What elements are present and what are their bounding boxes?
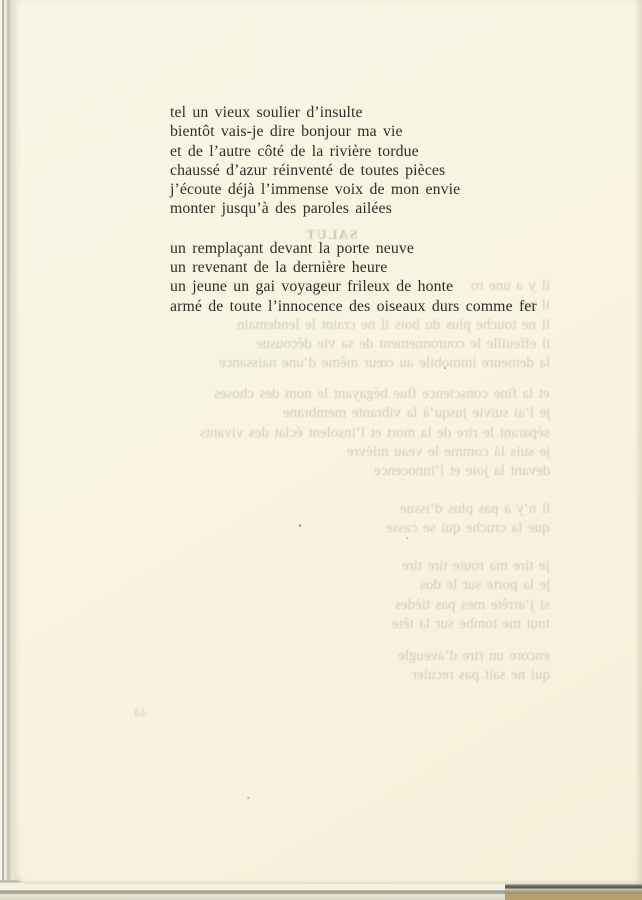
showthrough-stanza: et la fine conscience flue bégayant le n… [34, 385, 550, 481]
poem-line: armé de toute l’innocence des oiseaux du… [170, 297, 537, 316]
showthrough-line: je tire ma route tire tire [34, 557, 550, 576]
book-page: SALUT il y a une ro il ne il ne touche p… [14, 0, 642, 884]
poem-text-block: tel un vieux soulier d’insulte bientôt v… [170, 103, 537, 316]
showthrough-line: si j’arrête mes pas tièdes [34, 596, 550, 615]
page-right-edge-shade [635, 0, 642, 884]
poem-line: un jeune un gai voyageur frileux de hont… [170, 277, 537, 296]
showthrough-line: et la fine conscience flue bégayant le n… [34, 385, 550, 404]
showthrough-line: la demeure immobile au cœur même d’une n… [34, 354, 550, 373]
poem-line: un revenant de la dernière heure [170, 258, 537, 277]
showthrough-line: qui ne sait pas reculer [34, 666, 550, 685]
showthrough-stanza: il n’y a pas plus d’issue que la cruche … [34, 500, 550, 539]
showthrough-line: séparant le rire de la mort et l’insolen… [34, 424, 550, 443]
poem-line: bientôt vais-je dire bonjour ma vie [170, 122, 537, 141]
showthrough-line: devant la joie et l’innocence [34, 462, 550, 481]
showthrough-line: que la cruche qui se casse [34, 519, 550, 538]
poem-line: monter jusqu’à des paroles ailées [170, 199, 537, 218]
showthrough-line: tout me tombe sur la tête [34, 615, 550, 634]
showthrough-line: il n’y a pas plus d’issue [34, 500, 550, 519]
page-stack-bottom-right-shadow [505, 883, 642, 900]
showthrough-line: encore un rire d’aveugle [34, 647, 550, 666]
dust-speck [247, 797, 250, 799]
book-page-photo: SALUT il y a une ro il ne il ne touche p… [0, 0, 642, 900]
poem-line: tel un vieux soulier d’insulte [170, 103, 537, 122]
showthrough-line: je l’ai suivie jusqu’à la vibrante membr… [34, 404, 550, 423]
dust-speck [299, 524, 301, 527]
poem-line: un remplaçant devant la porte neuve [170, 239, 537, 258]
poem-stanza-2: un remplaçant devant la porte neuve un r… [170, 239, 537, 316]
showthrough-line: je la porte sur le dos [34, 576, 550, 595]
dust-speck [444, 367, 446, 369]
poem-line: j’écoute déjà l’immense voix de mon envi… [170, 180, 537, 199]
poem-stanza-1: tel un vieux soulier d’insulte bientôt v… [170, 103, 537, 219]
dust-speck [406, 537, 408, 539]
showthrough-line: il ne touche plus du bois il ne craint l… [34, 316, 550, 335]
showthrough-line: je suis là comme le veau mièvre [34, 443, 550, 462]
showthrough-line: il effeuille le couronnement de sa vie d… [34, 335, 550, 354]
poem-line: chaussé d’azur réinventé de toutes pièce… [170, 161, 537, 180]
showthrough-stanza: je tire ma route tire tire je la porte s… [34, 557, 550, 634]
poem-line: et de l’autre côté de la rivière tordue [170, 142, 537, 161]
showthrough-page-number: 44 [14, 703, 147, 722]
showthrough-stanza: encore un rire d’aveugle qui ne sait pas… [34, 647, 550, 686]
